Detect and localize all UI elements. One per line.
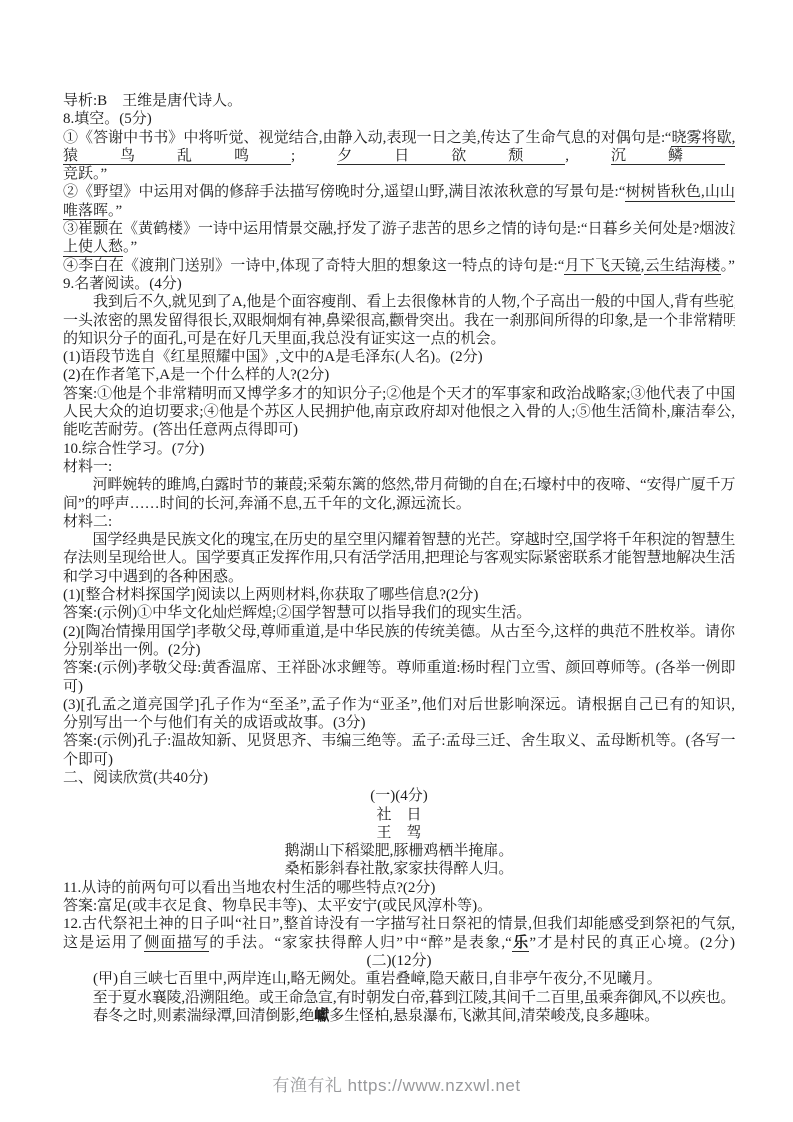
- q12-line2: 这是运用了侧面描写的手法。“家家扶得醉人归”中“醉”是表象,“乐”才是村民的真正…: [63, 934, 735, 952]
- text-segment: 答案:(示例)孔子:温故知新、见贤思齐、韦编三绝等。孟子:孟母三迁、舍生取义、孟…: [63, 733, 735, 749]
- text-segment: 答案:富足(或丰衣足食、物阜民丰等)、太平安宁(或民风淳朴等)。: [63, 898, 492, 914]
- material1-label: 材料一:: [63, 458, 735, 476]
- q8-item1-line1: ①《答谢中书书》中将听觉、视觉结合,由静入动,表现一日之美,传达了生命气息的对偶…: [63, 129, 735, 147]
- text-segment: 。”: [123, 239, 137, 255]
- text-segment: ,: [565, 148, 611, 164]
- text-segment: 材料一:: [63, 459, 112, 475]
- text-segment: 答案:(示例)孝敬父母:黄香温席、王祥卧冰求鲤等。尊师重道:杨时程门立雪、颜回尊…: [63, 660, 735, 676]
- text-segment: 国学经典是民族文化的瑰宝,在历史的星空里闪耀着智慧的光芒。穿越时空,国学将千年积…: [63, 532, 735, 548]
- answer-blank-text: 竞跃: [63, 166, 93, 183]
- document-body: 导析:B 王维是唐代诗人。8.填空。(5分)①《答谢中书书》中将听觉、视觉结合,…: [63, 92, 735, 1025]
- q11: 11.从诗的前两句可以看出当地农村生活的哪些特点?(2分): [63, 879, 735, 897]
- passage-jia-line2: 至于夏水襄陵,沿溯阻绝。或王命急宣,有时朝发白帝,暮到江陵,其间千二百里,虽乘奔…: [63, 989, 735, 1007]
- text-segment: 我到后不久,就见到了A,他是个面容瘦削、看上去很像林肯的人物,个子高出一般的中国…: [63, 294, 735, 310]
- answer-blank-text: 猿鸟乱鸣: [63, 148, 291, 165]
- text-segment: 》,文中的A是: [261, 349, 351, 365]
- text-segment: ”才是村民的真正心境。(2分): [529, 935, 735, 951]
- text-segment: 的知识分子的面孔,可是在好几天里面,我总没有证实这一点的机会。: [63, 331, 506, 347]
- text-segment: 11.从诗的前两句可以看出当地农村生活的哪些特点?(2分): [63, 880, 435, 896]
- text-segment: (3)[孔孟之道亮国学]孔子作为“至圣”,孟子作为“亚圣”,他们对后世影响深远。…: [63, 697, 735, 713]
- material2-line3: 和学习中遇到的各种困惑。: [63, 568, 735, 586]
- text-segment: 12.古代祭祀土神的日子叫“社日”,整首诗没有一字描写社日祭祀的情景,但我们却能…: [63, 916, 735, 932]
- q10-sub3-line2: 分别写出一个与他们有关的成语或故事。(3分): [63, 714, 735, 732]
- text-segment: ②《野望》中运用对偶的修辞手法描写傍晚时分,遥望山野,满目浓浓秋意的写景句是:“: [63, 184, 625, 200]
- text-segment: ;: [291, 148, 337, 164]
- text-segment: 人民大众的迫切要求;④他是个苏区人民拥护他,南京政府却对他恨之入骨的人;⑤他生活…: [63, 404, 735, 420]
- q10-answer2-line2: 可): [63, 678, 735, 696]
- text-segment: 。”: [721, 258, 735, 274]
- q10-answer3-line2: 个即可): [63, 751, 735, 769]
- text-segment: 10.综合性学习。(7分): [63, 441, 204, 457]
- text-segment: 个即可): [63, 752, 113, 768]
- material2-label: 材料二:: [63, 513, 735, 531]
- text-segment: 。”: [108, 203, 122, 219]
- passage-jia-line3: 春冬之时,则素湍绿潭,回清倒影,绝巘多生怪柏,悬泉瀑布,飞漱其间,清荣峻茂,良多…: [63, 1007, 735, 1025]
- text-segment: 桑柘影斜春社散,家家扶得醉人归。: [285, 861, 514, 877]
- text-segment: 间”的呼声……时间的长河,奔涌不息,五千年的文化,源远流长。: [63, 496, 471, 512]
- q9-header: 9.名著阅读。(4分): [63, 275, 735, 293]
- material2-line1: 国学经典是民族文化的瑰宝,在历史的星空里闪耀着智慧的光芒。穿越时空,国学将千年积…: [63, 531, 735, 549]
- text-segment: 河畔婉转的雎鸠,白露时节的蒹葭;采菊东篱的悠然,带月荷锄的自在;石壕村中的夜啼、…: [63, 477, 735, 493]
- text-segment: 答案:(示例)①中华文化灿烂辉煌;②国学智慧可以指导我们的现实生活。: [63, 605, 531, 621]
- part2-score: (二)(12分): [63, 952, 735, 970]
- q8-item1-line3: 竞跃。”: [63, 165, 735, 183]
- q10-sub2-line2: 分别举出一例。(2分): [63, 641, 735, 659]
- text-segment: 答案:①他是个非常精明而又博学多才的知识分子;②他是个天才的军事家和政治战略家;…: [63, 386, 735, 402]
- text-segment: ③崔颢在《黄鹤楼》一诗中运用情景交融,抒发了游子悲苦的思乡之情的诗句是:“: [63, 221, 588, 237]
- text-segment: (1)[整合材料探国学]阅读以上两则材料,你获取了哪些信息?(2分): [63, 587, 478, 603]
- q8-item3-line1: ③崔颢在《黄鹤楼》一诗中运用情景交融,抒发了游子悲苦的思乡之情的诗句是:“日暮乡…: [63, 220, 735, 238]
- text-segment: 春冬之时,则素湍绿潭,回清倒影,绝: [63, 1008, 314, 1024]
- text-segment: (二)(12分): [367, 953, 432, 969]
- answer-blank-text: 树树皆秋色,山山: [625, 184, 735, 201]
- part1-score: (一)(4分): [63, 787, 735, 805]
- q10-sub1: (1)[整合材料探国学]阅读以上两则材料,你获取了哪些信息?(2分): [63, 586, 735, 604]
- material2-line2: 存法则呈现给世人。国学要真正发挥作用,只有活学活用,把理论与客观实际紧密联系才能…: [63, 549, 735, 567]
- text-segment: (人名)。(2分): [395, 349, 482, 365]
- q9-sub2: (2)在作者笔下,A是一个什么样的人?(2分): [63, 366, 735, 384]
- q8-item3-line2: 上使人愁。”: [63, 238, 735, 256]
- text-segment: 能吃苦耐劳。(答出任意两点得即可): [63, 422, 298, 438]
- q9-sub1: (1)语段节选自《红星照耀中国》,文中的A是毛泽东(人名)。(2分): [63, 348, 735, 366]
- answer-blank-text: 唯落晖: [63, 203, 108, 220]
- q10-answer3-line1: 答案:(示例)孔子:温故知新、见贤思齐、韦编三绝等。孟子:孟母三迁、舍生取义、孟…: [63, 732, 735, 750]
- text-segment: 9.名著阅读。(4分): [63, 276, 182, 292]
- text-segment: ①《答谢中书书》中将听觉、视觉结合,由静入动,表现一日之美,传达了生命气息的对偶…: [63, 130, 671, 146]
- q9-answer-line3: 能吃苦耐劳。(答出任意两点得即可): [63, 421, 735, 439]
- exam-page: { "colors": { "text": "#1d1d1d", "underl…: [0, 0, 793, 1122]
- text-segment: 巘: [314, 1008, 329, 1024]
- material1-line1: 河畔婉转的雎鸠,白露时节的蒹葭;采菊东篱的悠然,带月荷锄的自在;石壕村中的夜啼、…: [63, 476, 735, 494]
- passage-jia-line1: (甲)自三峡七百里中,两岸连山,略无阙处。重岩叠嶂,隐天蔽日,自非亭午夜分,不见…: [63, 970, 735, 988]
- q9-passage-line2: 一头浓密的黑发留得很长,双眼炯炯有神,鼻梁很高,颧骨突出。我在一刹那间所得的印象…: [63, 312, 735, 330]
- text-segment: 和学习中遇到的各种困惑。: [63, 569, 243, 585]
- answer-blank-text: 晓雾将歇,: [671, 130, 735, 147]
- poem-author: 王 驾: [63, 824, 735, 842]
- text-segment: 。”: [93, 166, 107, 182]
- text-segment: 这是运用了: [63, 935, 144, 951]
- q9-answer-line2: 人民大众的迫切要求;④他是个苏区人民拥护他,南京政府却对他恨之入骨的人;⑤他生活…: [63, 403, 735, 421]
- text-segment: 的手法。“家家扶得醉人归”中“醉”是表象,“: [209, 935, 511, 951]
- text-segment: 可): [63, 679, 83, 695]
- text-segment: 至于夏水襄陵,沿溯阻绝。或王命急宣,有时朝发白帝,暮到江陵,其间千二百里,虽乘奔…: [63, 990, 735, 1006]
- q9-answer-line1: 答案:①他是个非常精明而又博学多才的知识分子;②他是个天才的军事家和政治战略家;…: [63, 385, 735, 403]
- footer-watermark: 有渔有礼 https://www.nzxwl.net: [0, 1071, 793, 1096]
- analysis-line: 导析:B 王维是唐代诗人。: [63, 92, 735, 110]
- text-segment: 分别写出一个与他们有关的成语或故事。(3分): [63, 715, 366, 731]
- q10-answer1: 答案:(示例)①中华文化灿烂辉煌;②国学智慧可以指导我们的现实生活。: [63, 604, 735, 622]
- answer-blank-text: 乐: [512, 935, 530, 952]
- section2-header: 二、阅读欣赏(共40分): [63, 769, 735, 787]
- text-segment: (2)[陶冶情操用国学]孝敬父母,尊师重道,是中华民族的传统美德。从古至今,这样…: [63, 624, 735, 640]
- text-segment: ④李白在《渡荆门送别》一诗中,体现了奇特大胆的想象这一特点的诗句是:“: [63, 258, 564, 274]
- q12-line1: 12.古代祭祀土神的日子叫“社日”,整首诗没有一字描写社日祭祀的情景,但我们却能…: [63, 915, 735, 933]
- text-segment: 社 日: [376, 807, 421, 823]
- text-segment: 材料二:: [63, 514, 112, 530]
- answer-blank-text: 毛泽东: [350, 349, 395, 366]
- text-segment: (2)在作者笔下,A是一个什么样的人?(2分): [63, 367, 329, 383]
- answer-blank-text: 沉鳞: [611, 148, 725, 165]
- answer-blank-text: 月下飞天镜: [564, 258, 640, 275]
- text-segment: 王 驾: [376, 825, 421, 841]
- q10-sub2-line1: (2)[陶冶情操用国学]孝敬父母,尊师重道,是中华民族的传统美德。从古至今,这样…: [63, 623, 735, 641]
- material1-line2: 间”的呼声……时间的长河,奔涌不息,五千年的文化,源远流长。: [63, 495, 735, 513]
- q8-item2-line1: ②《野望》中运用对偶的修辞手法描写傍晚时分,遥望山野,满目浓浓秋意的写景句是:“…: [63, 183, 735, 201]
- q9-passage-line3: 的知识分子的面孔,可是在好几天里面,我总没有证实这一点的机会。: [63, 330, 735, 348]
- q8-header: 8.填空。(5分): [63, 110, 735, 128]
- text-segment: 存法则呈现给世人。国学要真正发挥作用,只有活学活用,把理论与客观实际紧密联系才能…: [63, 550, 735, 566]
- answer-blank-text: 红星照耀中国: [171, 349, 261, 366]
- text-segment: 鹅湖山下稻粱肥,豚栅鸡栖半掩扉。: [285, 843, 514, 859]
- text-segment: (一)(4分): [370, 788, 427, 804]
- q10-sub3-line1: (3)[孔孟之道亮国学]孔子作为“至圣”,孟子作为“亚圣”,他们对后世影响深远。…: [63, 696, 735, 714]
- text-segment: 二、阅读欣赏(共40分): [63, 770, 208, 786]
- q10-answer2-line1: 答案:(示例)孝敬父母:黄香温席、王祥卧冰求鲤等。尊师重道:杨时程门立雪、颜回尊…: [63, 659, 735, 677]
- text-segment: 分别举出一例。(2分): [63, 642, 201, 658]
- q9-passage-line1: 我到后不久,就见到了A,他是个面容瘦削、看上去很像林肯的人物,个子高出一般的中国…: [63, 293, 735, 311]
- poem-verse2: 桑柘影斜春社散,家家扶得醉人归。: [63, 860, 735, 878]
- answer-blank-text: 侧面描写: [144, 935, 209, 952]
- q8-item2-line2: 唯落晖。”: [63, 202, 735, 220]
- answer-blank-text: 日暮乡关何处是?烟波江: [588, 221, 735, 238]
- text-segment: 8.填空。(5分): [63, 111, 152, 127]
- poem-verse1: 鹅湖山下稻粱肥,豚栅鸡栖半掩扉。: [63, 842, 735, 860]
- text-segment: 导析:B 王维是唐代诗人。: [63, 93, 242, 109]
- q11-answer: 答案:富足(或丰衣足食、物阜民丰等)、太平安宁(或民风淳朴等)。: [63, 897, 735, 915]
- text-segment: (甲)自三峡七百里中,两岸连山,略无阙处。重岩叠嶂,隐天蔽日,自非亭午夜分,不见…: [63, 971, 662, 987]
- q8-item4: ④李白在《渡荆门送别》一诗中,体现了奇特大胆的想象这一特点的诗句是:“月下飞天镜…: [63, 257, 735, 275]
- poem-title: 社 日: [63, 806, 735, 824]
- q8-item1-line2-spread: 猿鸟乱鸣;夕日欲颓,沉鳞: [63, 147, 735, 165]
- text-segment: (1)语段节选自《: [63, 349, 171, 365]
- text-segment: 多生怪柏,悬泉瀑布,飞漱其间,清荣峻茂,良多趣味。: [329, 1008, 659, 1024]
- answer-blank-text: 夕日欲颓: [337, 148, 565, 165]
- answer-blank-text: 云生结海楼: [644, 258, 720, 275]
- answer-blank-text: 上使人愁: [63, 239, 123, 256]
- text-segment: 一头浓密的黑发留得很长,双眼炯炯有神,鼻梁很高,颧骨突出。我在一刹那间所得的印象…: [63, 313, 735, 329]
- q10-header: 10.综合性学习。(7分): [63, 440, 735, 458]
